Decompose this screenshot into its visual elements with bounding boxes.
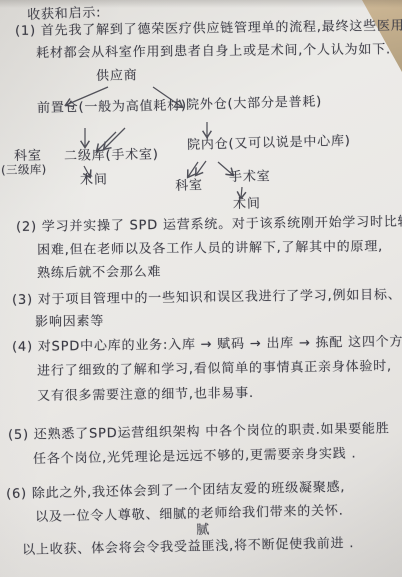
item2-line1: (2) 学习并实操了 SPD 运营系统。对于该系统刚开始学习时比较 — [16, 215, 402, 234]
item6-correction-char: 腻 — [196, 524, 210, 537]
diagram-node-or-right: 术间 — [233, 198, 261, 211]
item2-line2: 困难,但在老师以及各工作人员的讲解下,了解其中的原理, — [37, 240, 383, 257]
diagram-node-outside-warehouse: 院外仓(大部分是普耗) — [186, 95, 322, 112]
diagram-node-operating-room: 手术室 — [229, 170, 271, 184]
item3-line2: 影响因素等 — [35, 315, 104, 329]
item4-line1: (4) 对SPD中心库的业务:入库 → 赋码 → 出库 → 拣配 这四个方面 — [12, 335, 402, 354]
closing-line: 以上收获、体会将会令我受益匪浅,将不断促使我前进 . — [22, 537, 354, 557]
item6-line1: (6) 除此之外,我还体会到了一个团结友爱的班级凝聚感, — [6, 481, 345, 501]
item2-line3: 熟练后就不会那么难 — [37, 266, 161, 280]
diagram-node-dept-third-level: 科室 — [14, 150, 42, 163]
diagram-node-dept-right: 科室 — [175, 179, 203, 193]
item6-line2: 以及一位令人尊敬、细腻的老师给我们带来的关怀. — [35, 505, 344, 524]
arrow-inside-to-dept-1 — [188, 162, 198, 177]
note-title: 收获和启示: — [27, 6, 102, 22]
item1-line2: 耗材都会从科室作用到患者自身上或是术间,个人认为如下. — [36, 43, 391, 60]
diagram-node-front-warehouse: 前置仓(一般为高值耗材) — [37, 99, 187, 115]
item5-line1: (5) 还熟悉了SPD运营组织架构 中各个岗位的职责.如果要能胜 — [8, 422, 390, 442]
diagram-node-dept-third-level-sub: (三级库) — [1, 164, 47, 176]
note-photo: 收获和启示: (1) 首先我了解到了德荣医疗供应链管理单的流程,最终这些医用 耗… — [0, 0, 402, 577]
arrow-front-to-dept-1 — [104, 128, 125, 149]
diagram-node-or-left: 术间 — [80, 174, 108, 187]
item5-line2: 任各个岗位,光凭理论是远远不够的,更需要亲身实践 . — [33, 447, 357, 466]
diagram-node-supplier: 供应商 — [96, 69, 138, 83]
item3-line1: (3) 对于项目管理中的一些知识和误区我进行了学习,例如目标、 — [12, 289, 402, 307]
desk-background-corner — [362, 0, 402, 72]
item1-line1: (1) 首先我了解到了德荣医疗供应链管理单的流程,最终这些医用 — [15, 20, 402, 38]
arrow-inside-to-dept-2 — [196, 161, 206, 175]
item4-line3: 又有很多需要注意的细节,也非易事. — [37, 387, 254, 403]
item4-line2: 进行了细致的了解和学习,看似简单的事情真正亲身体验时, — [37, 360, 392, 378]
diagram-node-inside-warehouse: 院内仓(又可以说是中心库) — [187, 135, 351, 152]
diagram-node-secondary-warehouse: 二级库(手术室) — [64, 148, 159, 163]
